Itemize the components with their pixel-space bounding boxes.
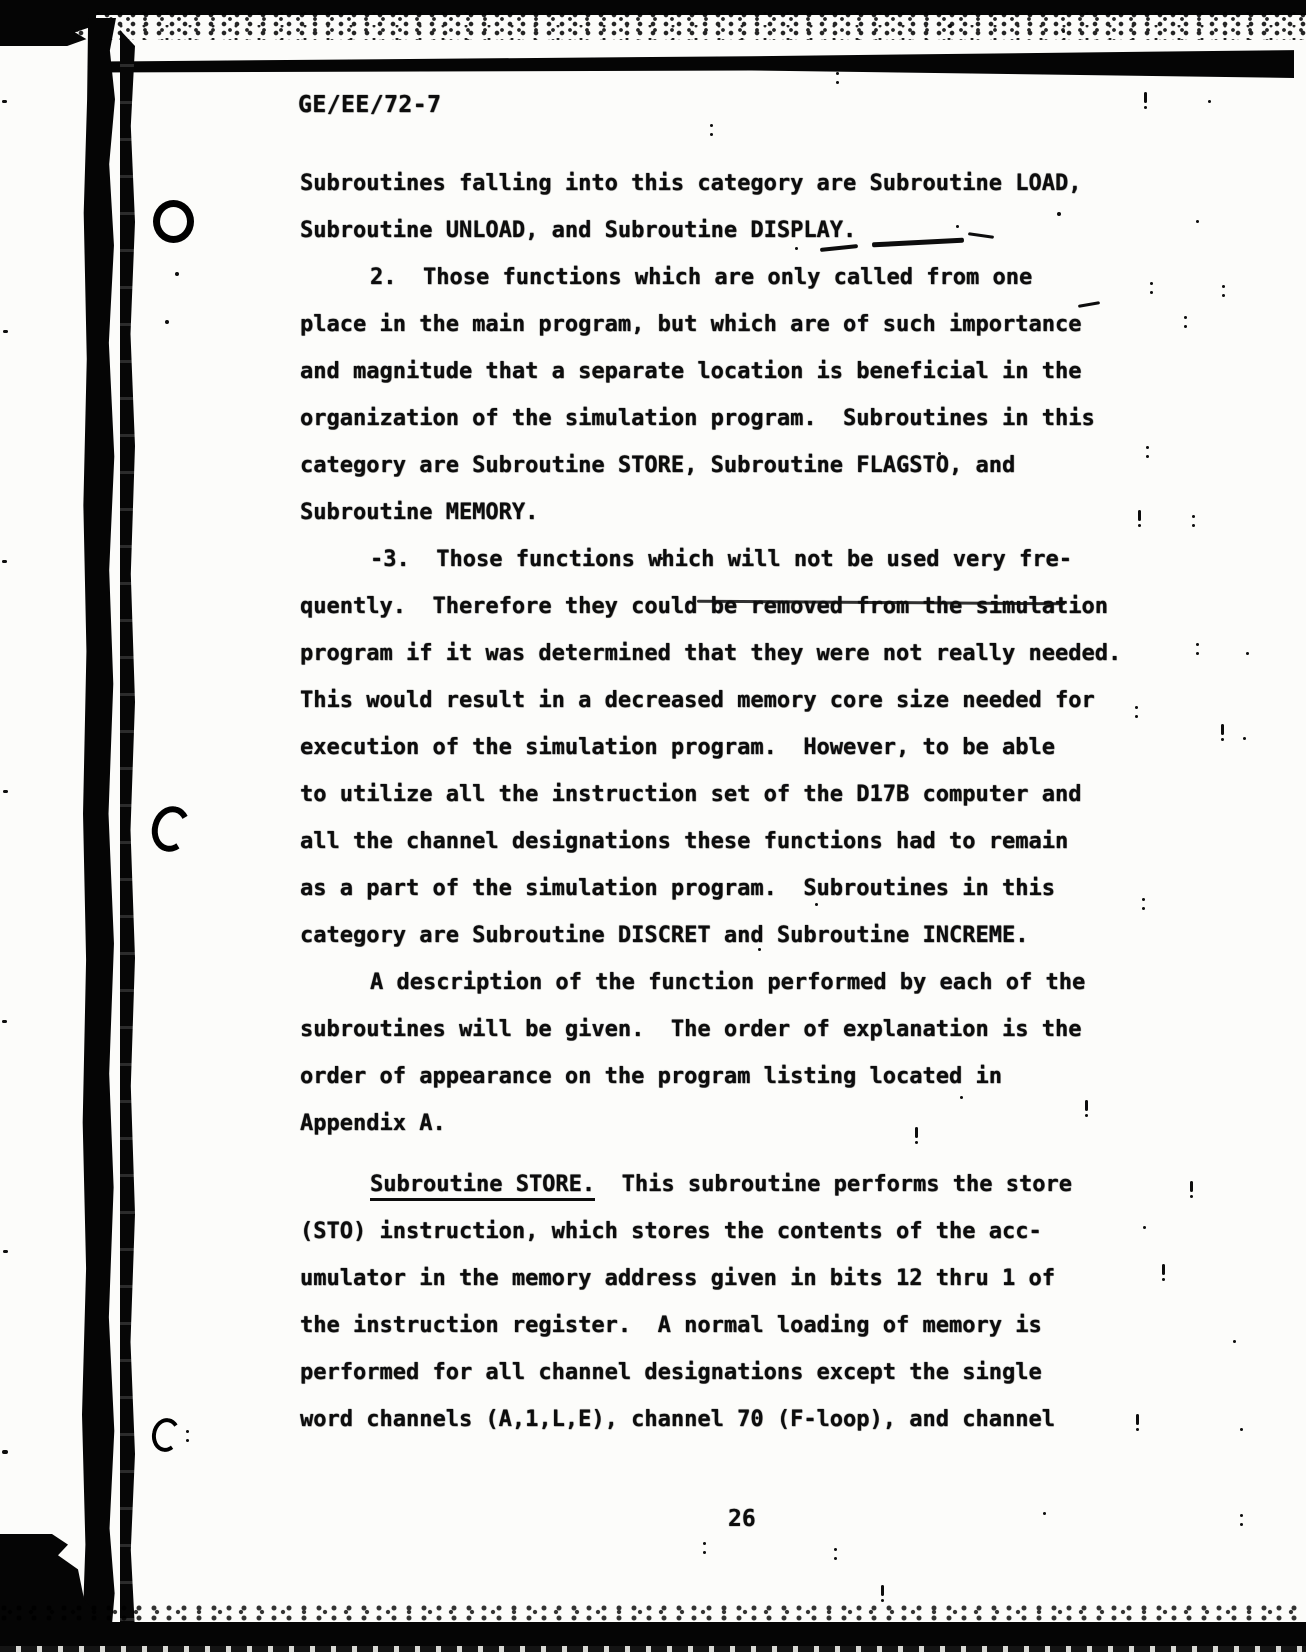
- noise-speck: [1246, 652, 1249, 655]
- noise-speck: [836, 72, 839, 75]
- body-text: Subroutines falling into this category a…: [300, 160, 1160, 1443]
- noise-speck: [1062, 30, 1065, 33]
- hole-punch-partial-icon: [147, 802, 195, 856]
- hole-punch-icon: [153, 200, 194, 243]
- text-line: This would result in a decreased memory …: [300, 677, 1160, 724]
- subroutine-store-heading: Subroutine STORE.: [370, 1172, 595, 1201]
- noise-speck: [2, 1450, 8, 1454]
- noise-speck: [2, 1020, 7, 1023]
- text-line: (STO) instruction, which stores the cont…: [300, 1208, 1160, 1255]
- noise-speck: [1233, 1340, 1236, 1343]
- text-line: category are Subroutine STORE, Subroutin…: [300, 442, 1160, 489]
- noise-speck: [881, 1585, 884, 1596]
- text-line: 2. Those functions which are only called…: [300, 254, 1160, 301]
- scan-noise-top: [0, 12, 1306, 40]
- text-line: execution of the simulation program. How…: [300, 724, 1160, 771]
- text-line: place in the main program, but which are…: [300, 301, 1160, 348]
- noise-speck: [3, 1250, 8, 1253]
- paragraph: A description of the function performed …: [300, 959, 1160, 1147]
- text-line: and magnitude that a separate location i…: [300, 348, 1160, 395]
- noise-speck: [186, 1430, 189, 1433]
- text-line: to utilize all the instruction set of th…: [300, 771, 1160, 818]
- noise-speck: [1243, 737, 1246, 740]
- paragraph: Subroutines falling into this category a…: [300, 160, 1160, 254]
- noise-speck: [1184, 316, 1187, 319]
- hole-punch-partial-icon: [149, 1416, 182, 1454]
- noise-speck: [703, 1542, 706, 1545]
- noise-speck: [1043, 1512, 1046, 1515]
- noise-speck: [1162, 1264, 1165, 1275]
- noise-speck: [834, 1548, 837, 1551]
- scan-border-left: [82, 18, 116, 1642]
- text-line: quently. Therefore they could be removed…: [300, 583, 1160, 630]
- scanned-document-page: GE/EE/72-7 Subroutines falling into this…: [0, 0, 1306, 1652]
- report-number: GE/EE/72-7: [298, 92, 441, 118]
- paragraph: 2. Those functions which are only called…: [300, 254, 1160, 536]
- paragraph: -3. Those functions which will not be us…: [300, 536, 1160, 959]
- noise-speck: [948, 24, 952, 28]
- text-line: Subroutines falling into this category a…: [300, 160, 1160, 207]
- scan-corner-top-left: [0, 0, 96, 46]
- text-line: Appendix A.: [300, 1100, 1160, 1147]
- noise-speck: [1208, 100, 1211, 103]
- noise-speck: [175, 272, 179, 276]
- scan-streak-line: [88, 46, 1294, 80]
- noise-speck: [3, 790, 8, 793]
- text-line: Subroutine UNLOAD, and Subroutine DISPLA…: [300, 207, 1160, 254]
- scan-bottom-edge-ticks: [0, 1646, 1306, 1652]
- text-line: Subroutine STORE. This subroutine perfor…: [300, 1161, 1160, 1208]
- noise-speck: [3, 330, 8, 333]
- noise-speck: [1240, 1428, 1243, 1431]
- noise-speck: [710, 124, 713, 127]
- noise-speck: [1222, 285, 1225, 288]
- heading-rest: This subroutine performs the store: [595, 1172, 1072, 1197]
- text-line: word channels (A,1,L,E), channel 70 (F-l…: [300, 1396, 1160, 1443]
- paragraph-subroutine-store: Subroutine STORE. This subroutine perfor…: [300, 1161, 1160, 1443]
- noise-speck: [1144, 92, 1147, 103]
- noise-speck: [2, 560, 7, 563]
- text-line: program if it was determined that they w…: [300, 630, 1160, 677]
- text-line: umulator in the memory address given in …: [300, 1255, 1160, 1302]
- text-line: Subroutine MEMORY.: [300, 489, 1160, 536]
- noise-speck: [1190, 1181, 1193, 1192]
- noise-speck: [1196, 643, 1199, 646]
- page-number: 26: [728, 1506, 756, 1532]
- text-line: category are Subroutine DISCRET and Subr…: [300, 912, 1160, 959]
- noise-speck: [1221, 724, 1224, 735]
- text-line: the instruction register. A normal loadi…: [300, 1302, 1160, 1349]
- noise-speck: [1240, 1514, 1243, 1517]
- text-line: order of appearance on the program listi…: [300, 1053, 1160, 1100]
- text-line: subroutines will be given. The order of …: [300, 1006, 1160, 1053]
- text-line: as a part of the simulation program. Sub…: [300, 865, 1160, 912]
- scan-edge-stripe: [120, 30, 135, 1630]
- text-line: organization of the simulation program. …: [300, 395, 1160, 442]
- noise-speck: [2, 100, 7, 103]
- noise-speck: [1192, 515, 1195, 518]
- text-line: performed for all channel designations e…: [300, 1349, 1160, 1396]
- text-line: A description of the function performed …: [300, 959, 1160, 1006]
- noise-speck: [1196, 220, 1199, 223]
- text-line: all the channel designations these funct…: [300, 818, 1160, 865]
- text-line: -3. Those functions which will not be us…: [300, 536, 1160, 583]
- noise-speck: [165, 320, 169, 324]
